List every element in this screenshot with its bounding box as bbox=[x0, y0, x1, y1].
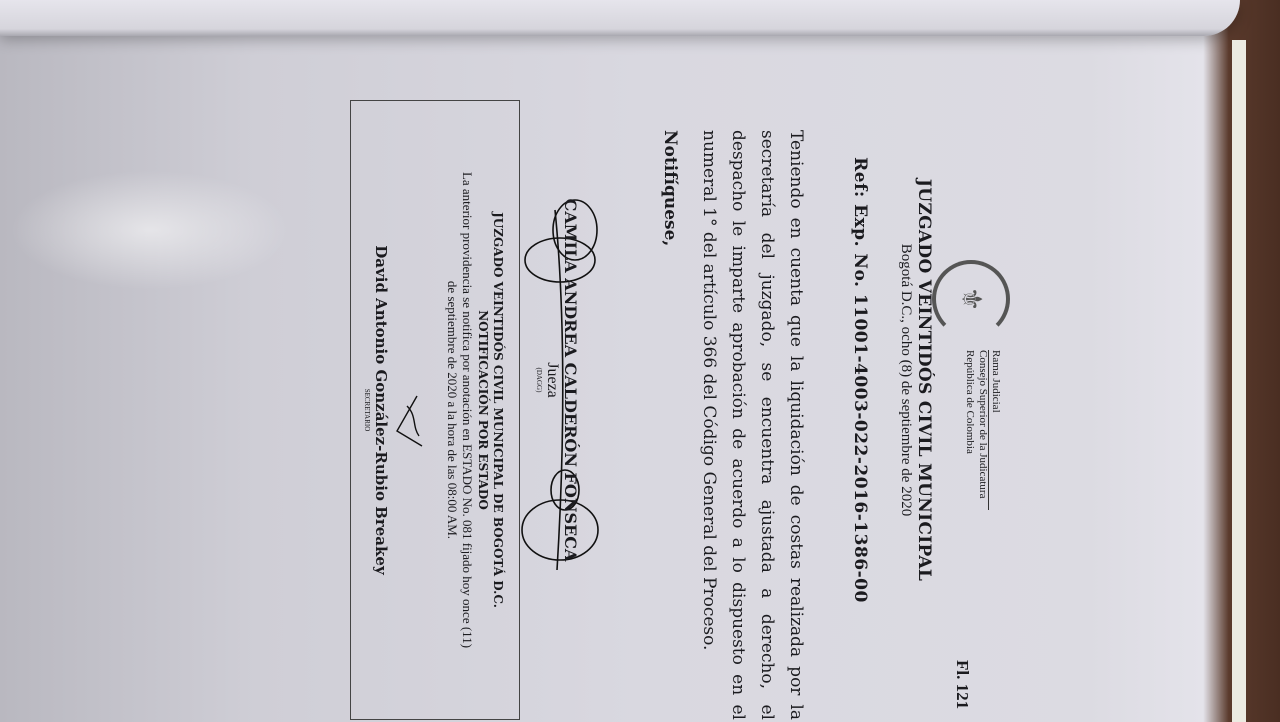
notice-text-2: de septiembre de 2020 a la hora de las 0… bbox=[445, 113, 460, 707]
judge-role: Jueza bbox=[543, 40, 561, 720]
overlapping-page-edge bbox=[0, 0, 1240, 36]
notice-title-1: JUZGADO VEINTIDÓS CIVIL MUNICIPAL DE BOG… bbox=[490, 113, 505, 707]
notice-title-2: NOTIFICACIÓN POR ESTADO bbox=[475, 113, 490, 707]
secretary-name: David Antonio González-Rubio Breakey bbox=[373, 101, 388, 719]
case-reference: Ref: Exp. No. 11001-4003-022-2016-1386-0… bbox=[850, 40, 870, 720]
header-rule bbox=[988, 350, 989, 510]
secretary-signature-icon bbox=[387, 391, 427, 451]
institution-line-1: Rama Judicial bbox=[989, 350, 1002, 498]
court-header: JUZGADO VEINTIDÓS CIVIL MUNICIPAL Bogotá… bbox=[897, 40, 934, 720]
document-page: ⚜ Rama Judicial Consejo Superior de la J… bbox=[240, 40, 1000, 720]
date-line: Bogotá D.C., ocho (8) de septiembre de 2… bbox=[897, 40, 914, 720]
folio-number: Fl. 121 bbox=[952, 660, 972, 709]
light-glare bbox=[10, 170, 290, 290]
institution-header: Rama Judicial Consejo Superior de la Jud… bbox=[963, 350, 1002, 498]
judge-name: CAMILA ANDREA CALDERÓN FONSECA bbox=[561, 40, 580, 720]
court-name: JUZGADO VEINTIDÓS CIVIL MUNICIPAL bbox=[914, 40, 934, 720]
body-paragraph: Teniendo en cuenta que la liquidación de… bbox=[694, 130, 810, 720]
judge-signature-block: CAMILA ANDREA CALDERÓN FONSECA Jueza (DA… bbox=[535, 40, 580, 720]
notification-box: JUZGADO VEINTIDÓS CIVIL MUNICIPAL DE BOG… bbox=[350, 100, 520, 720]
institution-line-3: República de Colombia bbox=[963, 350, 976, 498]
closing: Notifíquese, bbox=[660, 130, 680, 246]
page-stack-edge bbox=[1232, 40, 1246, 722]
notice-text-1: La anterior providencia se notifica por … bbox=[460, 113, 475, 707]
judge-tag: (DAGG) bbox=[535, 40, 543, 720]
coat-of-arms-icon: ⚜ bbox=[932, 260, 1010, 338]
secretary-role: SECRETARIO bbox=[359, 101, 374, 719]
